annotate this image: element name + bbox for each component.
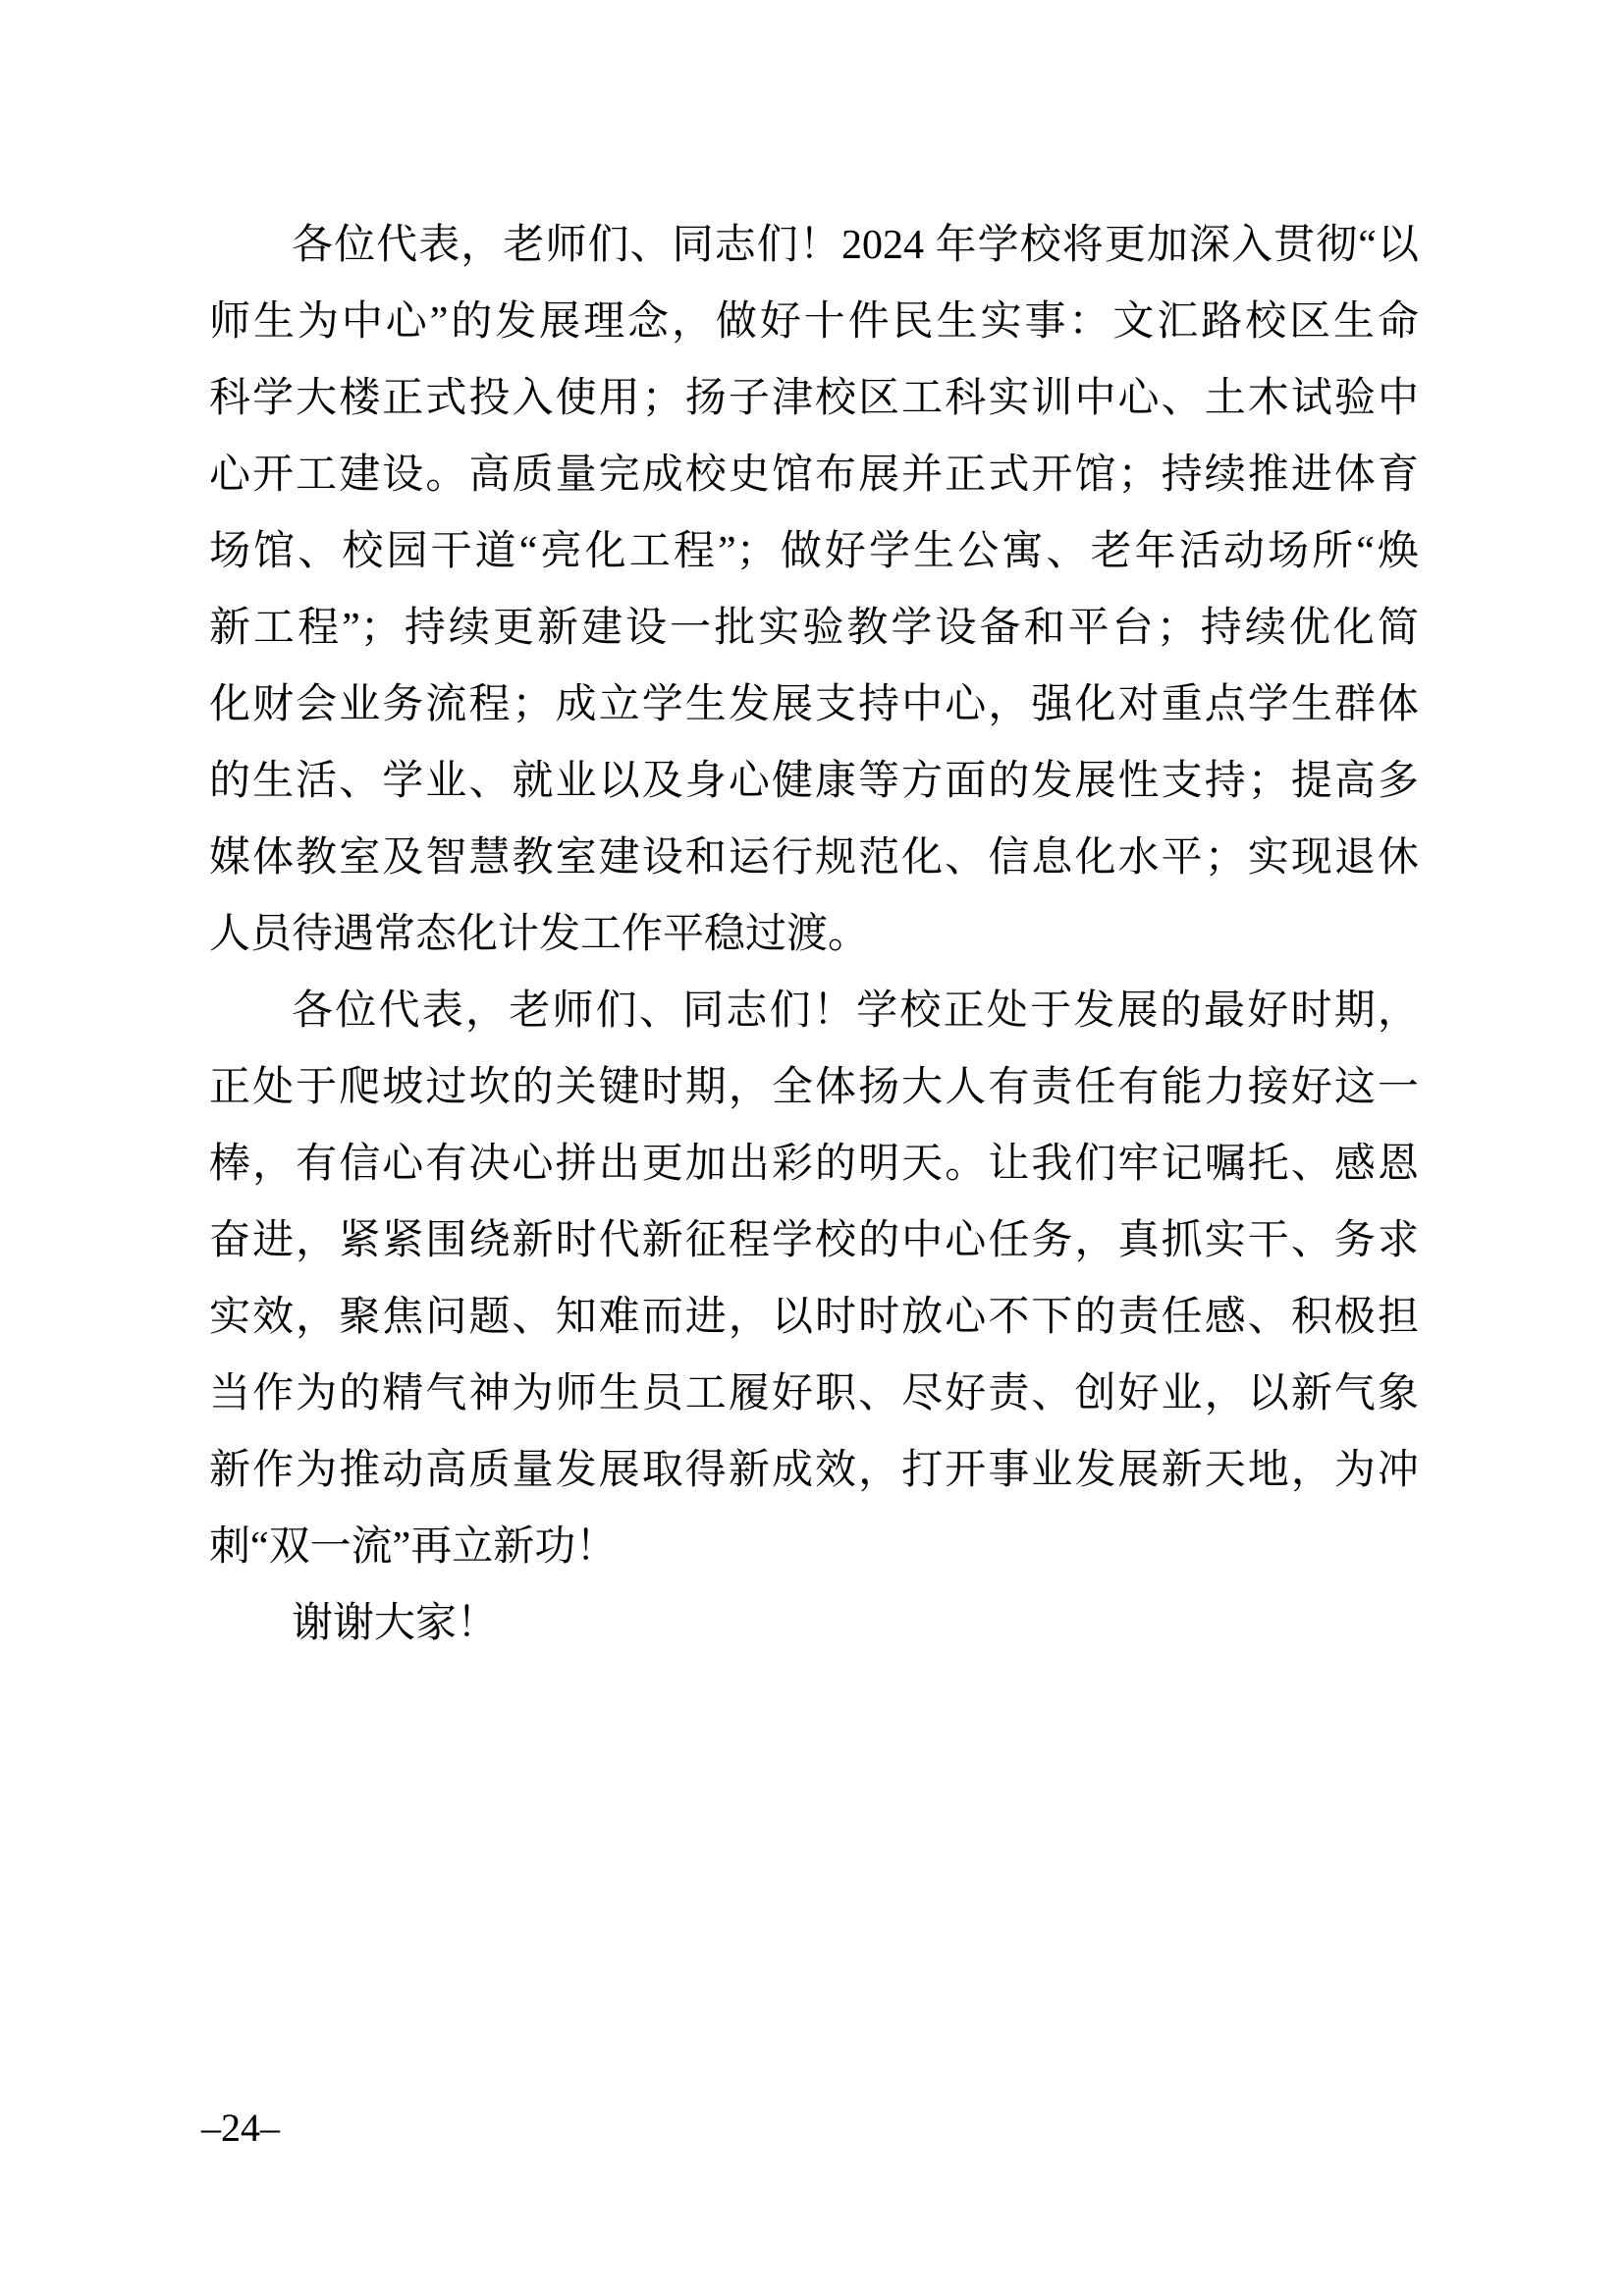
text-line: 心开工建设。高质量完成校史馆布展并正式开馆；持续推进体育 (209, 437, 1419, 513)
page-number: –24– (201, 2107, 280, 2150)
text-line: 化财会业务流程；成立学生发展支持中心，强化对重点学生群体 (209, 667, 1419, 743)
text-line: 人员待遇常态化计发工作平稳过渡。 (209, 896, 1419, 973)
text-line: 实效，聚焦问题、知难而进，以时时放心不下的责任感、积极担 (209, 1279, 1419, 1356)
text-line: 科学大楼正式投入使用；扬子津校区工科实训中心、土木试验中 (209, 360, 1419, 437)
text-line: 当作为的精气神为师生员工履好职、尽好责、创好业，以新气象 (209, 1356, 1419, 1432)
text-line: 新工程”；持续更新建设一批实验教学设备和平台；持续优化简 (209, 590, 1419, 667)
paragraph-1: 各位代表，老师们、同志们！2024 年学校将更加深入贯彻“以 师生为中心”的发展… (209, 207, 1419, 973)
text-line: 各位代表，老师们、同志们！2024 年学校将更加深入贯彻“以 (209, 207, 1419, 284)
text-line: 媒体教室及智慧教室建设和运行规范化、信息化水平；实现退休 (209, 820, 1419, 896)
text-line: 的生活、学业、就业以及身心健康等方面的发展性支持；提高多 (209, 743, 1419, 820)
text-line: 各位代表，老师们、同志们！学校正处于发展的最好时期， (209, 973, 1419, 1049)
text-line: 场馆、校园干道“亮化工程”；做好学生公寓、老年活动场所“焕 (209, 513, 1419, 590)
document-body: 各位代表，老师们、同志们！2024 年学校将更加深入贯彻“以 师生为中心”的发展… (209, 207, 1419, 1662)
text-line: 师生为中心”的发展理念，做好十件民生实事：文汇路校区生命 (209, 284, 1419, 360)
text-line: 谢谢大家！ (209, 1585, 1419, 1662)
text-line: 刺“双一流”再立新功！ (209, 1509, 1419, 1585)
document-page: 各位代表，老师们、同志们！2024 年学校将更加深入贯彻“以 师生为中心”的发展… (0, 0, 1624, 2296)
text-line: 奋进，紧紧围绕新时代新征程学校的中心任务，真抓实干、务求 (209, 1202, 1419, 1279)
paragraph-3: 谢谢大家！ (209, 1585, 1419, 1662)
text-line: 正处于爬坡过坎的关键时期，全体扬大人有责任有能力接好这一 (209, 1049, 1419, 1126)
paragraph-2: 各位代表，老师们、同志们！学校正处于发展的最好时期， 正处于爬坡过坎的关键时期，… (209, 973, 1419, 1585)
text-line: 棒，有信心有决心拼出更加出彩的明天。让我们牢记嘱托、感恩 (209, 1126, 1419, 1202)
text-line: 新作为推动高质量发展取得新成效，打开事业发展新天地，为冲 (209, 1432, 1419, 1509)
